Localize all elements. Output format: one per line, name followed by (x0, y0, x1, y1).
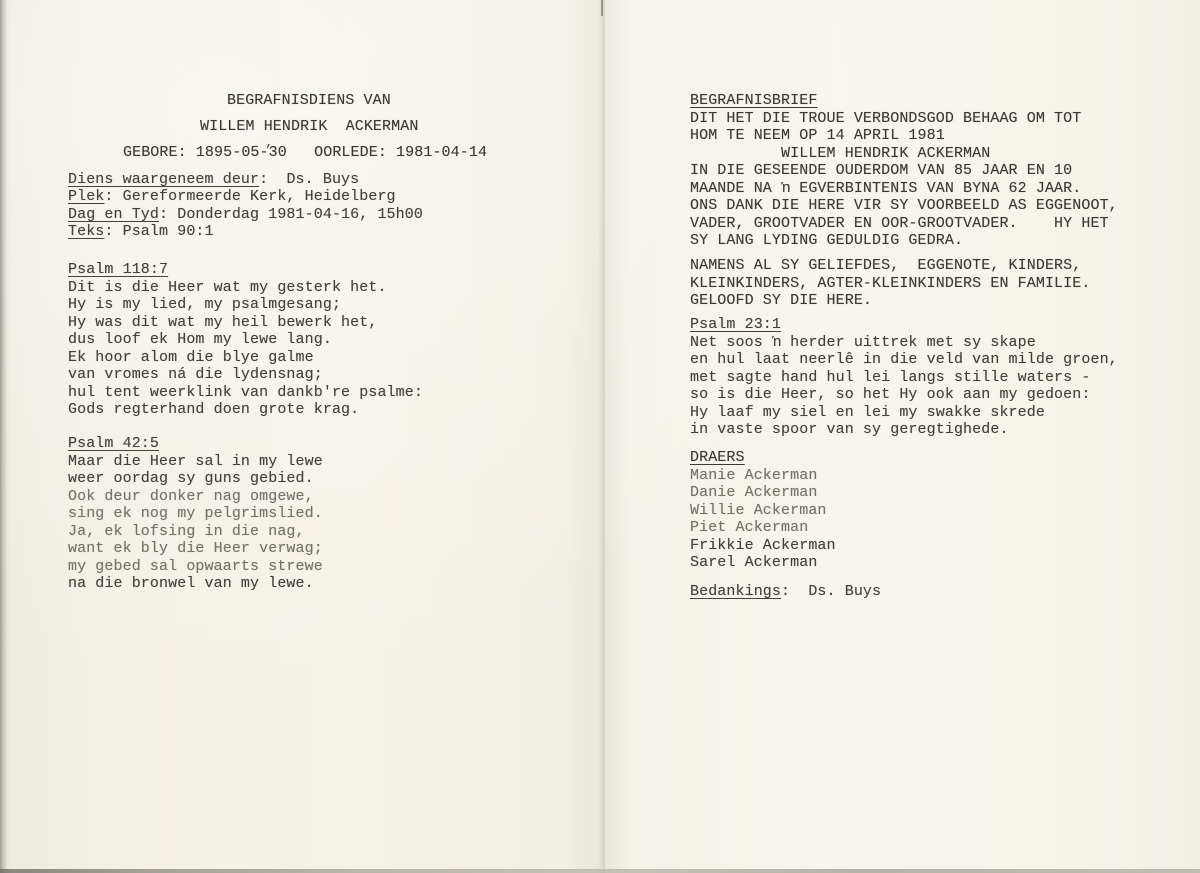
detail-value: : Ds. Buys (259, 171, 359, 188)
bedankings-value: : Ds. Buys (781, 583, 881, 600)
psalm-line: en hul laat neerlê in die veld van milde… (690, 351, 1118, 369)
brief-line: IN DIE GESEENDE OUDERDOM VAN 85 JAAR EN … (690, 162, 1072, 180)
brief-line: VADER, GROOTVADER EN OOR-GROOTVADER. HY … (690, 215, 1109, 233)
scanned-booklet: BEGRAFNISDIENS VAN WILLEM HENDRIK ACKERM… (0, 0, 1200, 873)
psalm-line: Hy laaf my siel en lei my swakke skrede (690, 404, 1045, 422)
detail-label: Dag en Tyd (68, 206, 159, 223)
psalm-line: dus loof ek Hom my lewe lang. (68, 331, 332, 349)
psalm-line: weer oordag sy guns gebied. (68, 470, 314, 488)
detail-line-minister: Diens waargeneem deur: Ds. Buys (68, 171, 359, 189)
pallbearer-name: Piet Ackerman (690, 519, 808, 537)
detail-label: Teks (68, 223, 104, 240)
detail-label: Plek (68, 188, 104, 205)
page-fold (598, 0, 610, 873)
brief-line: DIT HET DIE TROUE VERBONDSGOD BEHAAG OM … (690, 110, 1081, 128)
stray-mark: , (265, 135, 273, 151)
brief-line: HOM TE NEEM OP 14 APRIL 1981 (690, 127, 945, 145)
psalm-line: hul tent weerklink van dankb're psalme: (68, 384, 423, 402)
psalm-line: in vaste spoor van sy geregtighede. (690, 421, 1009, 439)
psalm-line: so is die Heer, so het Hy ook aan my ged… (690, 386, 1090, 404)
psalm-line: Maar die Heer sal in my lewe (68, 453, 323, 471)
brief-line: SY LANG LYDING GEDULDIG GEDRA. (690, 232, 963, 250)
brief-heading: BEGRAFNISBRIEF (690, 92, 817, 110)
psalm-42-heading: Psalm 42:5 (68, 435, 159, 453)
psalm-line: Ook deur donker nag omgewe, (68, 488, 314, 506)
draers-heading: DRAERS (690, 449, 745, 467)
fold-crease-top (601, 0, 603, 16)
pallbearer-name: Danie Ackerman (690, 484, 817, 502)
brief-line: ONS DANK DIE HERE VIR SY VOORBEELD AS EG… (690, 197, 1118, 215)
brief-line: WILLEM HENDRIK ACKERMAN (690, 145, 990, 163)
bedankings-line: Bedankings: Ds. Buys (690, 583, 881, 601)
psalm-line: na die bronwel van my lewe. (68, 575, 314, 593)
birth-death-dates: GEBORE: 1895-05-30 OORLEDE: 1981-04-14 (123, 144, 487, 162)
pallbearer-name: Manie Ackerman (690, 467, 817, 485)
detail-label: Diens waargeneem deur (68, 171, 259, 188)
bedankings-label: Bedankings (690, 583, 781, 600)
brief-line: MAANDE NA ŉ EGVERBINTENIS VAN BYNA 62 JA… (690, 180, 1081, 198)
psalm-line: Net soos ŉ herder uittrek met sy skape (690, 334, 1036, 352)
psalm-line: want ek bly die Heer verwag; (68, 540, 323, 558)
namens-line: GELOOFD SY DIE HERE. (690, 292, 872, 310)
psalm-line: Ja, ek lofsing in die nag, (68, 523, 305, 541)
service-title: BEGRAFNISDIENS VAN (227, 92, 391, 110)
psalm-line: Ek hoor alom die blye galme (68, 349, 314, 367)
psalm-line: my gebed sal opwaarts strewe (68, 558, 323, 576)
psalm-23-heading: Psalm 23:1 (690, 316, 781, 334)
detail-value: : Gereformeerde Kerk, Heidelberg (104, 188, 395, 205)
scan-edge-bottom (0, 869, 1200, 873)
namens-line: KLEINKINDERS, AGTER-KLEINKINDERS EN FAMI… (690, 275, 1090, 293)
psalm-118-heading: Psalm 118:7 (68, 261, 168, 279)
psalm-line: Hy is my lied, my psalmgesang; (68, 296, 341, 314)
psalm-line: Dit is die Heer wat my gesterk het. (68, 279, 387, 297)
detail-line-place: Plek: Gereformeerde Kerk, Heidelberg (68, 188, 396, 206)
psalm-line: met sagte hand hul lei langs stille wate… (690, 369, 1090, 387)
psalm-line: Hy was dit wat my heil bewerk het, (68, 314, 377, 332)
namens-line: NAMENS AL SY GELIEFDES, EGGENOTE, KINDER… (690, 257, 1081, 275)
scan-edge-left (0, 0, 7, 873)
deceased-name: WILLEM HENDRIK ACKERMAN (200, 118, 418, 136)
detail-line-text: Teks: Psalm 90:1 (68, 223, 214, 241)
pallbearer-name: Willie Ackerman (690, 502, 827, 520)
psalm-line: Gods regterhand doen grote krag. (68, 401, 359, 419)
psalm-line: van vromes ná die lydensnag; (68, 366, 323, 384)
detail-line-datetime: Dag en Tyd: Donderdag 1981-04-16, 15h00 (68, 206, 423, 224)
detail-value: : Donderdag 1981-04-16, 15h00 (159, 206, 423, 223)
pallbearer-name: Sarel Ackerman (690, 554, 817, 572)
pallbearer-name: Frikkie Ackerman (690, 537, 836, 555)
detail-value: : Psalm 90:1 (104, 223, 213, 240)
psalm-line: sing ek nog my pelgrimslied. (68, 505, 323, 523)
